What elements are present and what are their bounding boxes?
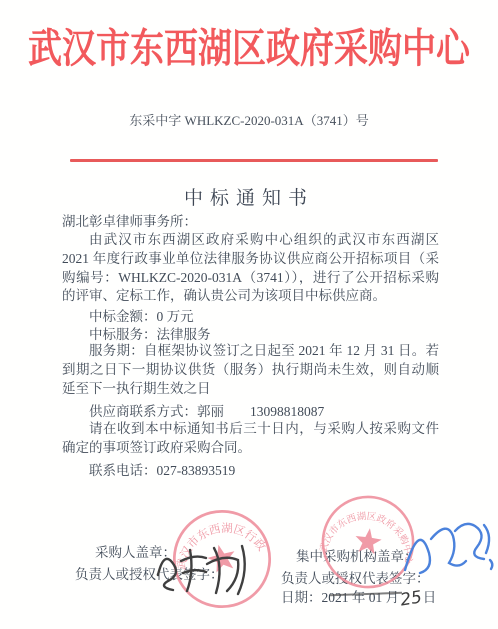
doc-number: 东采中字 WHLKZC-2020-031A（3741）号 — [0, 110, 498, 129]
date-suffix: 日 — [423, 590, 437, 605]
supplier-contact-line: 供应商联系方式：郭丽13098818087 — [89, 400, 324, 420]
agency-signature-handwriting — [398, 508, 498, 588]
paragraph-sign-instruction: 请在收到本中标通知书后三十日内，与采购人按采购文件确定的事项签订政府采购合同。 — [62, 420, 439, 458]
document-title: 中标通知书 — [0, 183, 498, 210]
star-icon — [353, 526, 383, 554]
addressee-line: 湖北彰卓律师事务所： — [62, 210, 197, 230]
header-divider-rule — [70, 159, 438, 162]
paragraph-award-intro: 由武汉市东西湖区政府采购中心组织的武汉市东西湖区 2021 年度行政事业单位法律… — [62, 231, 439, 306]
supplier-phone: 13098818087 — [250, 404, 324, 419]
contact-phone-line: 联系电话：027-83893519 — [89, 459, 235, 479]
award-service-line: 中标服务：法律服务 — [89, 323, 211, 343]
purchaser-signature-handwriting — [148, 537, 260, 599]
supplier-contact-name: 供应商联系方式：郭丽 — [89, 404, 224, 419]
paragraph-service-period: 服务期：自框架协议签订之日起至 2021 年 12 月 31 日。若到期之日下一… — [62, 342, 439, 398]
award-amount-line: 中标金额：0 万元 — [89, 305, 194, 325]
award-notice-page: 武汉市东西湖区政府采购中心 东采中字 WHLKZC-2020-031A（3741… — [0, 0, 498, 629]
header-org-name: 武汉市东西湖区政府采购中心 — [0, 16, 498, 74]
